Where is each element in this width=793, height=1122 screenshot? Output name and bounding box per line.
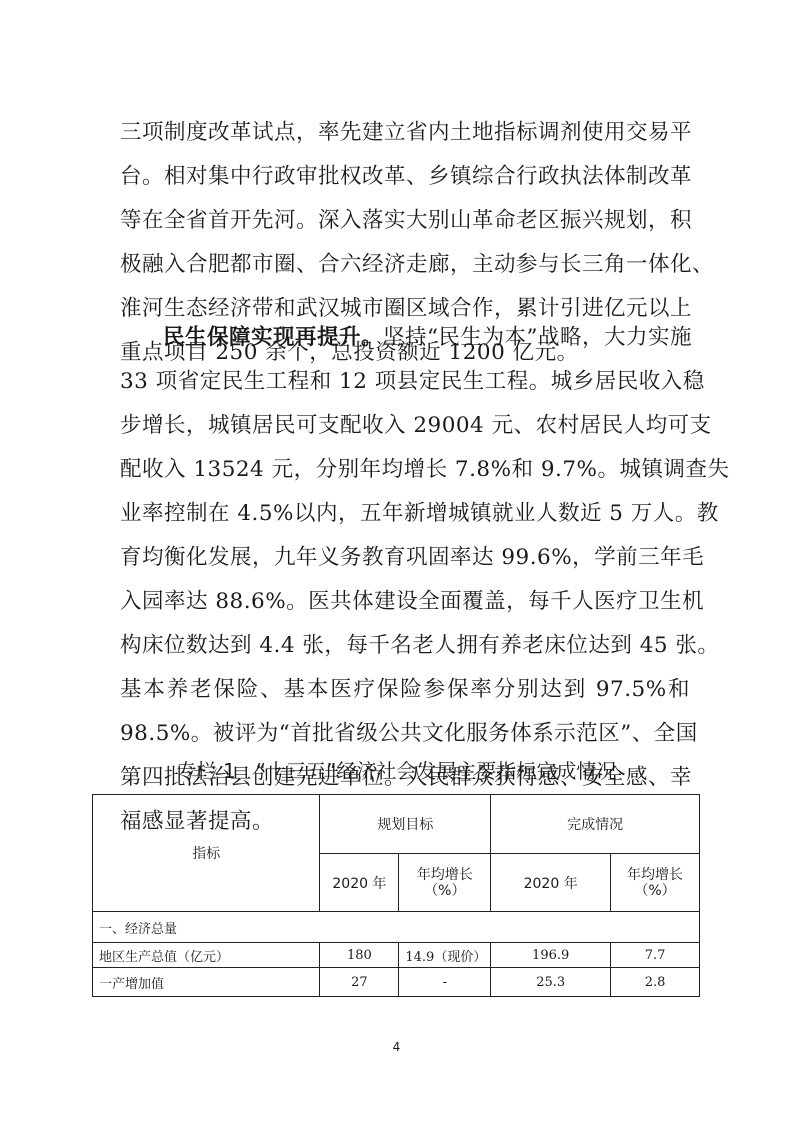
text-line: 三项制度改革试点，率先建立省内土地指标调剂使用交易平	[120, 118, 690, 148]
text-line: 业率控制在 4.5%以内，五年新增城镇就业人数近 5 万人。教	[120, 499, 690, 529]
cell-done-2020: 196.9	[491, 943, 611, 968]
table-row: 地区生产总值（亿元） 180 14.9（现价） 196.9 7.7	[93, 943, 700, 968]
header-plan-growth: 年均增长（%）	[399, 854, 491, 912]
table-row: 一产增加值 27 - 25.3 2.8	[93, 968, 700, 997]
text-line: 98.5%。被评为“首批省级公共文化服务体系示范区”、全国	[120, 719, 690, 749]
header-growth-unit: （%）	[617, 883, 693, 899]
cell-indicator: 地区生产总值（亿元）	[93, 943, 320, 968]
cell-plan-2020: 27	[320, 968, 399, 997]
page-number: 4	[0, 1040, 793, 1054]
header-indicator: 指标	[93, 795, 320, 912]
header-growth-label: 年均增长	[405, 867, 484, 883]
section-row-economy: 一、经济总量	[93, 912, 700, 943]
text-line: 淮河生态经济带和武汉城市圈区域合作，累计引进亿元以上	[120, 294, 690, 324]
text-line-first: 民生保障实现再提升。坚持“民生为本”战略，大力实施	[163, 323, 690, 353]
text-line: 台。相对集中行政审批权改革、乡镇综合行政执法体制改革	[120, 162, 690, 192]
text-line: 基本养老保险、基本医疗保险参保率分别达到 97.5%和	[120, 675, 690, 705]
header-done-2020: 2020 年	[491, 854, 611, 912]
cell-done-2020: 25.3	[491, 968, 611, 997]
text-line: 配收入 13524 元，分别年均增长 7.8%和 9.7%。城镇调查失	[120, 455, 690, 485]
text-line: 等在全省首开先河。深入落实大别山革命老区振兴规划，积	[120, 206, 690, 236]
text-run: 坚持“民生为本”战略，大力实施	[383, 325, 692, 350]
cell-indicator: 一产增加值	[93, 968, 320, 997]
text-line: 33 项省定民生工程和 12 项县定民生工程。城乡居民收入稳	[120, 367, 690, 397]
header-done-growth: 年均增长（%）	[611, 854, 700, 912]
header-growth-label: 年均增长	[617, 867, 693, 883]
section-heading: 民生保障实现再提升。	[163, 325, 383, 350]
table-caption: 专栏 1 “十三五”经济社会发展主要指标完成情况	[0, 757, 793, 785]
header-completion: 完成情况	[491, 795, 700, 854]
text-line: 步增长，城镇居民可支配收入 29004 元、农村居民人均可支	[120, 411, 690, 441]
cell-plan-growth: -	[399, 968, 491, 997]
cell-plan-2020: 180	[320, 943, 399, 968]
text-line: 入园率达 88.6%。医共体建设全面覆盖，每千人医疗卫生机	[120, 587, 690, 617]
indicators-table: 指标 规划目标 完成情况 2020 年 年均增长（%） 2020 年 年均增长（…	[92, 794, 700, 997]
cell-done-growth: 7.7	[611, 943, 700, 968]
text-line: 极融入合肥都市圈、合六经济走廊，主动参与长三角一体化、	[120, 250, 690, 280]
cell-done-growth: 2.8	[611, 968, 700, 997]
text-line: 育均衡化发展，九年义务教育巩固率达 99.6%，学前三年毛	[120, 543, 690, 573]
cell-plan-growth: 14.9（现价）	[399, 943, 491, 968]
header-plan-2020: 2020 年	[320, 854, 399, 912]
header-plan-target: 规划目标	[320, 795, 491, 854]
header-growth-unit: （%）	[405, 883, 484, 899]
text-line: 构床位数达到 4.4 张，每千名老人拥有养老床位达到 45 张。	[120, 631, 690, 661]
